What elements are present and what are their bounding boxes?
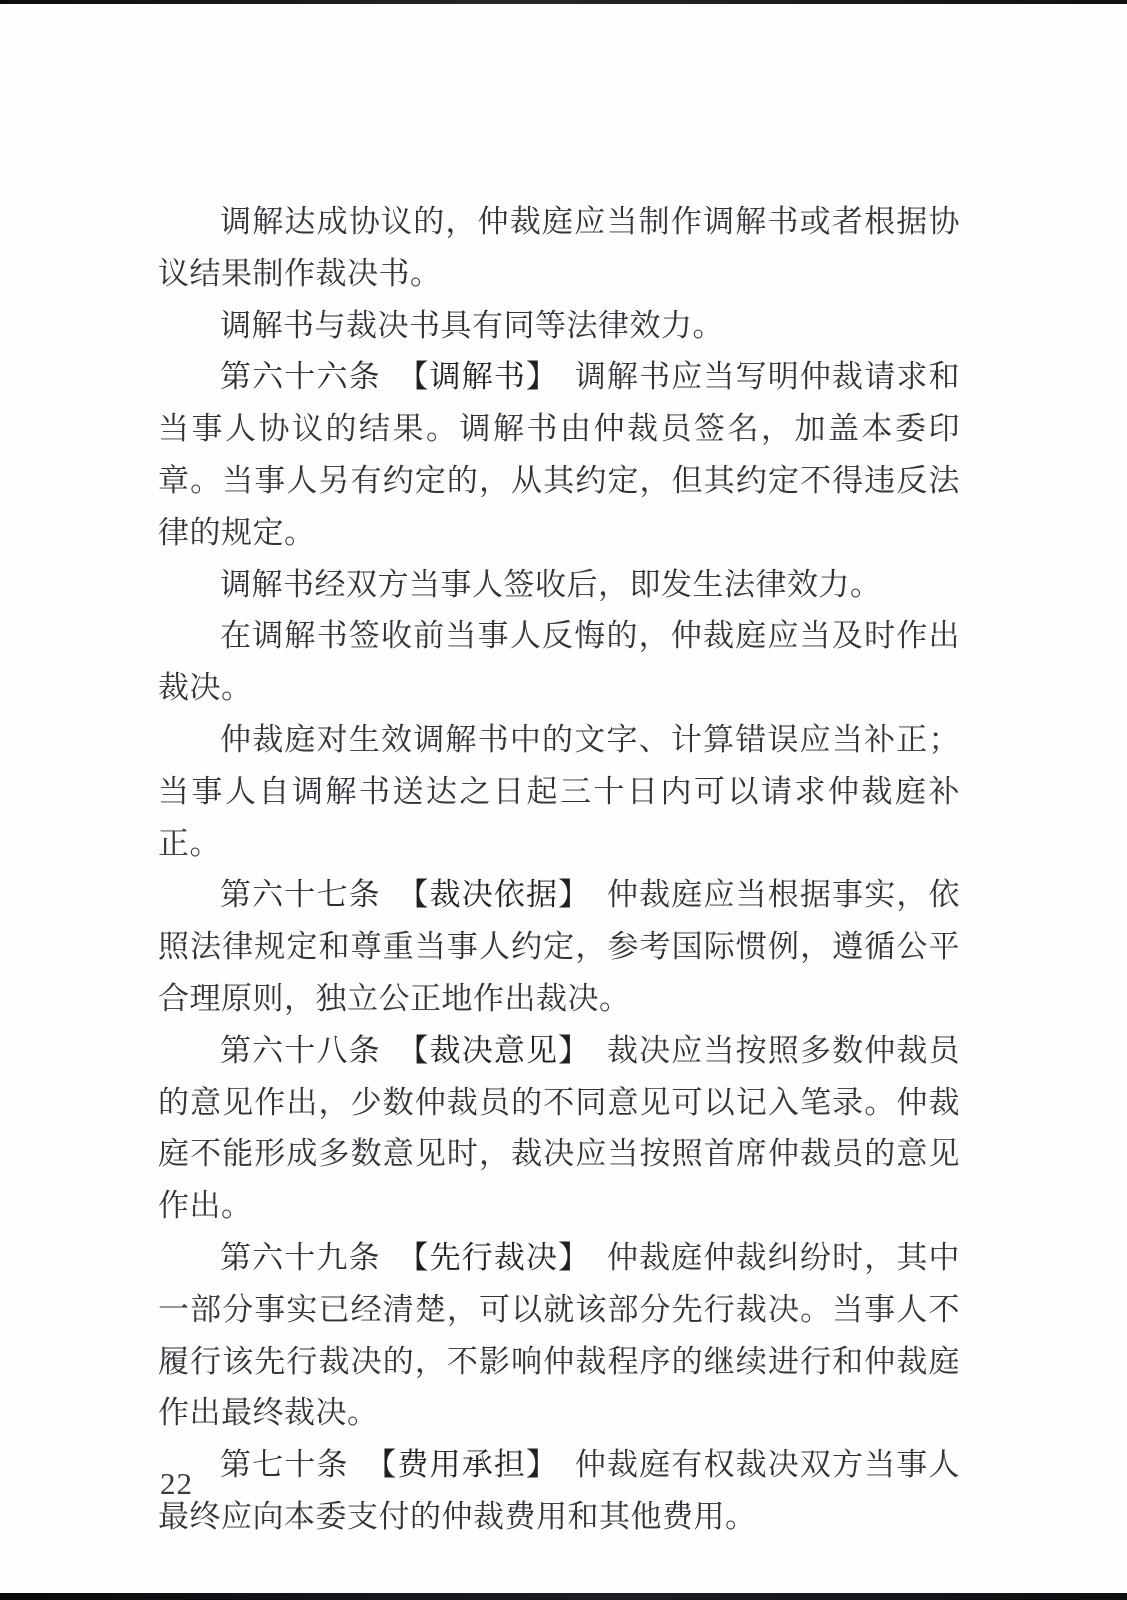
article-number: 第六十七条 — [220, 877, 381, 912]
article-title: 【先行裁决】 — [413, 1240, 575, 1275]
paragraph: 调解书经双方当事人签收后，即发生法律效力。 — [158, 559, 960, 611]
paragraph-text: 调解书与裁决书具有同等法律效力。 — [220, 308, 724, 343]
article-number: 第六十六条 — [220, 359, 381, 394]
article-title: 【裁决意见】 — [413, 1033, 575, 1068]
article-paragraph: 第六十六条 【调解书】 调解书应当写明仲裁请求和当事人协议的结果。调解书由仲裁员… — [158, 351, 960, 558]
article-title: 【费用承担】 — [381, 1447, 543, 1482]
text-block: 调解达成协议的，仲裁庭应当制作调解书或者根据协议结果制作裁决书。调解书与裁决书具… — [158, 196, 960, 1543]
scanned-document-page: 调解达成协议的，仲裁庭应当制作调解书或者根据协议结果制作裁决书。调解书与裁决书具… — [0, 0, 1127, 1600]
article-paragraph: 第六十八条 【裁决意见】 裁决应当按照多数仲裁员的意见作出，少数仲裁员的不同意见… — [158, 1025, 960, 1232]
page-number: 22 — [160, 1466, 193, 1502]
article-paragraph: 第六十九条 【先行裁决】 仲裁庭仲裁纠纷时，其中一部分事实已经清楚，可以就该部分… — [158, 1232, 960, 1439]
paragraph: 仲裁庭对生效调解书中的文字、计算错误应当补正；当事人自调解书送达之日起三十日内可… — [158, 714, 960, 869]
paragraph-text: 在调解书签收前当事人反悔的，仲裁庭应当及时作出裁决。 — [158, 618, 960, 705]
paragraph-text: 调解书经双方当事人签收后，即发生法律效力。 — [220, 567, 882, 602]
article-paragraph: 第七十条 【费用承担】 仲裁庭有权裁决双方当事人最终应向本委支付的仲裁费用和其他… — [158, 1439, 960, 1543]
article-paragraph: 第六十七条 【裁决依据】 仲裁庭应当根据事实，依照法律规定和尊重当事人约定，参考… — [158, 869, 960, 1024]
paragraph-text: 调解达成协议的，仲裁庭应当制作调解书或者根据协议结果制作裁决书。 — [158, 204, 960, 291]
paragraph-text: 仲裁庭对生效调解书中的文字、计算错误应当补正；当事人自调解书送达之日起三十日内可… — [158, 722, 960, 861]
article-title: 【调解书】 — [413, 359, 543, 394]
scan-edge-top — [0, 0, 1127, 4]
article-number: 第六十九条 — [220, 1240, 381, 1275]
paragraph: 在调解书签收前当事人反悔的，仲裁庭应当及时作出裁决。 — [158, 610, 960, 714]
paragraph: 调解达成协议的，仲裁庭应当制作调解书或者根据协议结果制作裁决书。 — [158, 196, 960, 300]
article-number: 第六十八条 — [220, 1033, 381, 1068]
article-number: 第七十条 — [220, 1447, 349, 1482]
scan-edge-bottom — [0, 1593, 1127, 1600]
article-title: 【裁决依据】 — [413, 877, 575, 912]
paragraph: 调解书与裁决书具有同等法律效力。 — [158, 300, 960, 352]
